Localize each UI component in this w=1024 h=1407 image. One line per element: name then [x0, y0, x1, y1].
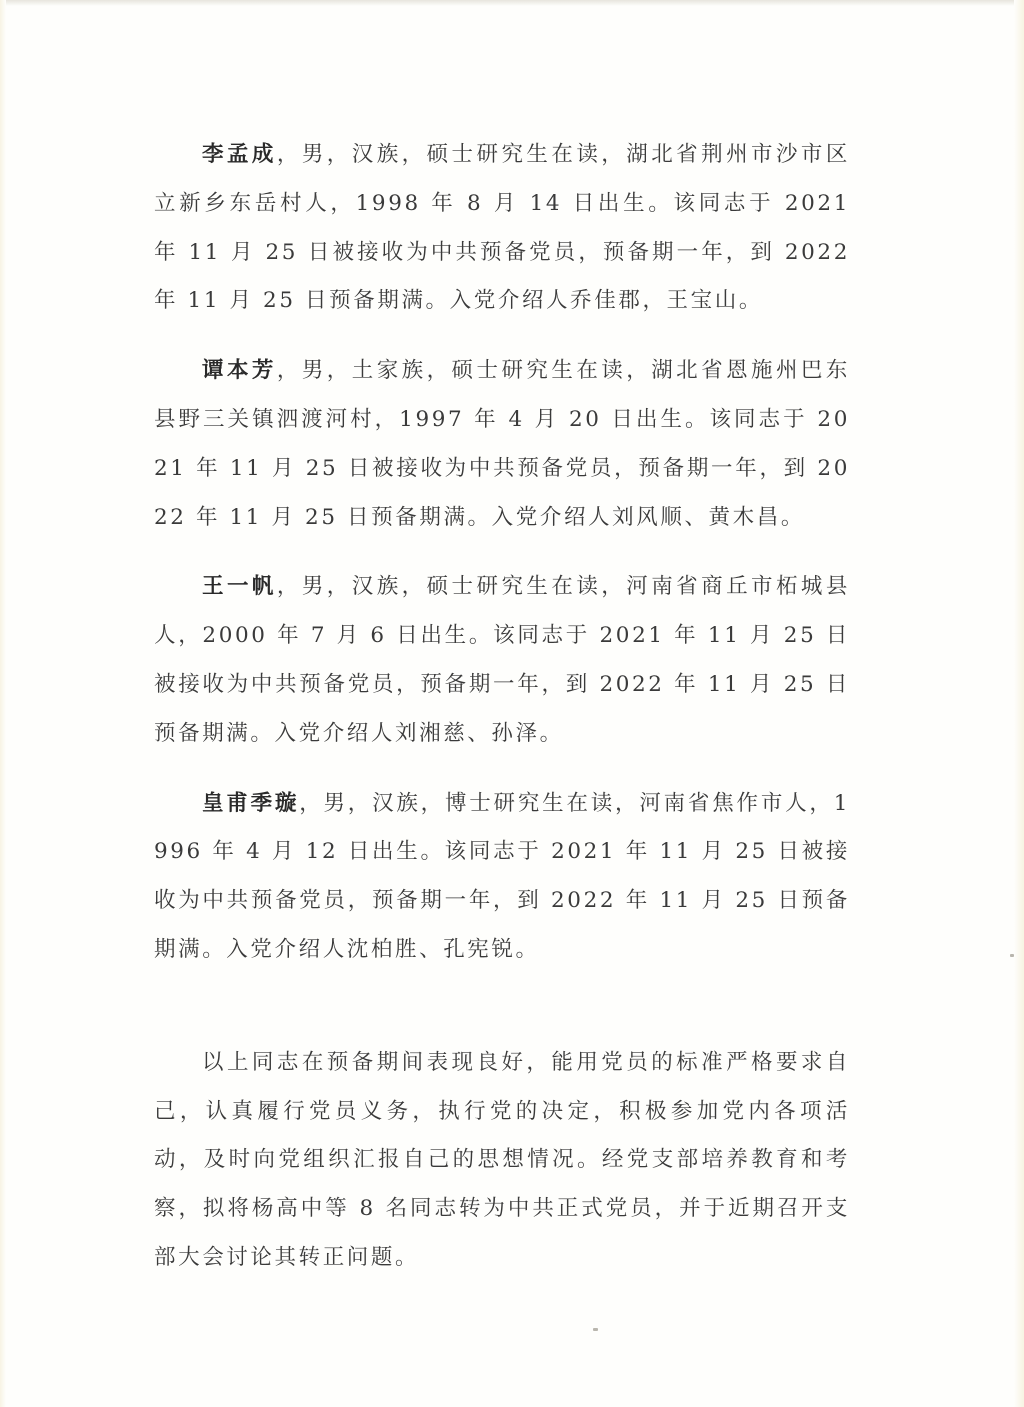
- member-details: ，男，汉族，博士研究生在读，河南省焦作市人，1996 年 4 月 12 日出生。…: [154, 791, 850, 962]
- member-name: 谭本芳: [202, 358, 277, 383]
- member-paragraph-1: 李孟成，男，汉族，硕士研究生在读，湖北省荆州市沙市区立新乡东岳村人，1998 年…: [154, 131, 850, 326]
- member-details: ，男，汉族，硕士研究生在读，河南省商丘市柘城县人，2000 年 7 月 6 日出…: [154, 574, 850, 745]
- member-details: ，男，土家族，硕士研究生在读，湖北省恩施州巴东县野三关镇泗渡河村，1997 年 …: [154, 358, 850, 529]
- scan-right-edge: [1014, 0, 1024, 1407]
- scan-left-edge: [0, 0, 6, 1407]
- member-name: 皇甫季璇: [202, 791, 299, 816]
- member-paragraph-2: 谭本芳，男，土家族，硕士研究生在读，湖北省恩施州巴东县野三关镇泗渡河村，1997…: [154, 347, 850, 542]
- member-details: ，男，汉族，硕士研究生在读，湖北省荆州市沙市区立新乡东岳村人，1998 年 8 …: [154, 142, 850, 313]
- summary-paragraph: 以上同志在预备期间表现良好，能用党员的标准严格要求自己，认真履行党员义务，执行党…: [154, 1039, 850, 1283]
- scanned-page: 李孟成，男，汉族，硕士研究生在读，湖北省荆州市沙市区立新乡东岳村人，1998 年…: [0, 0, 1024, 1407]
- scan-speck: [1010, 954, 1014, 957]
- member-paragraph-4: 皇甫季璇，男，汉族，博士研究生在读，河南省焦作市人，1996 年 4 月 12 …: [154, 780, 850, 975]
- member-name: 李孟成: [202, 142, 277, 167]
- member-name: 王一帆: [202, 574, 277, 599]
- document-body: 李孟成，男，汉族，硕士研究生在读，湖北省荆州市沙市区立新乡东岳村人，1998 年…: [154, 131, 850, 1283]
- member-paragraph-3: 王一帆，男，汉族，硕士研究生在读，河南省商丘市柘城县人，2000 年 7 月 6…: [154, 563, 850, 758]
- scan-top-edge: [0, 0, 1024, 6]
- scan-speck: [593, 1328, 598, 1331]
